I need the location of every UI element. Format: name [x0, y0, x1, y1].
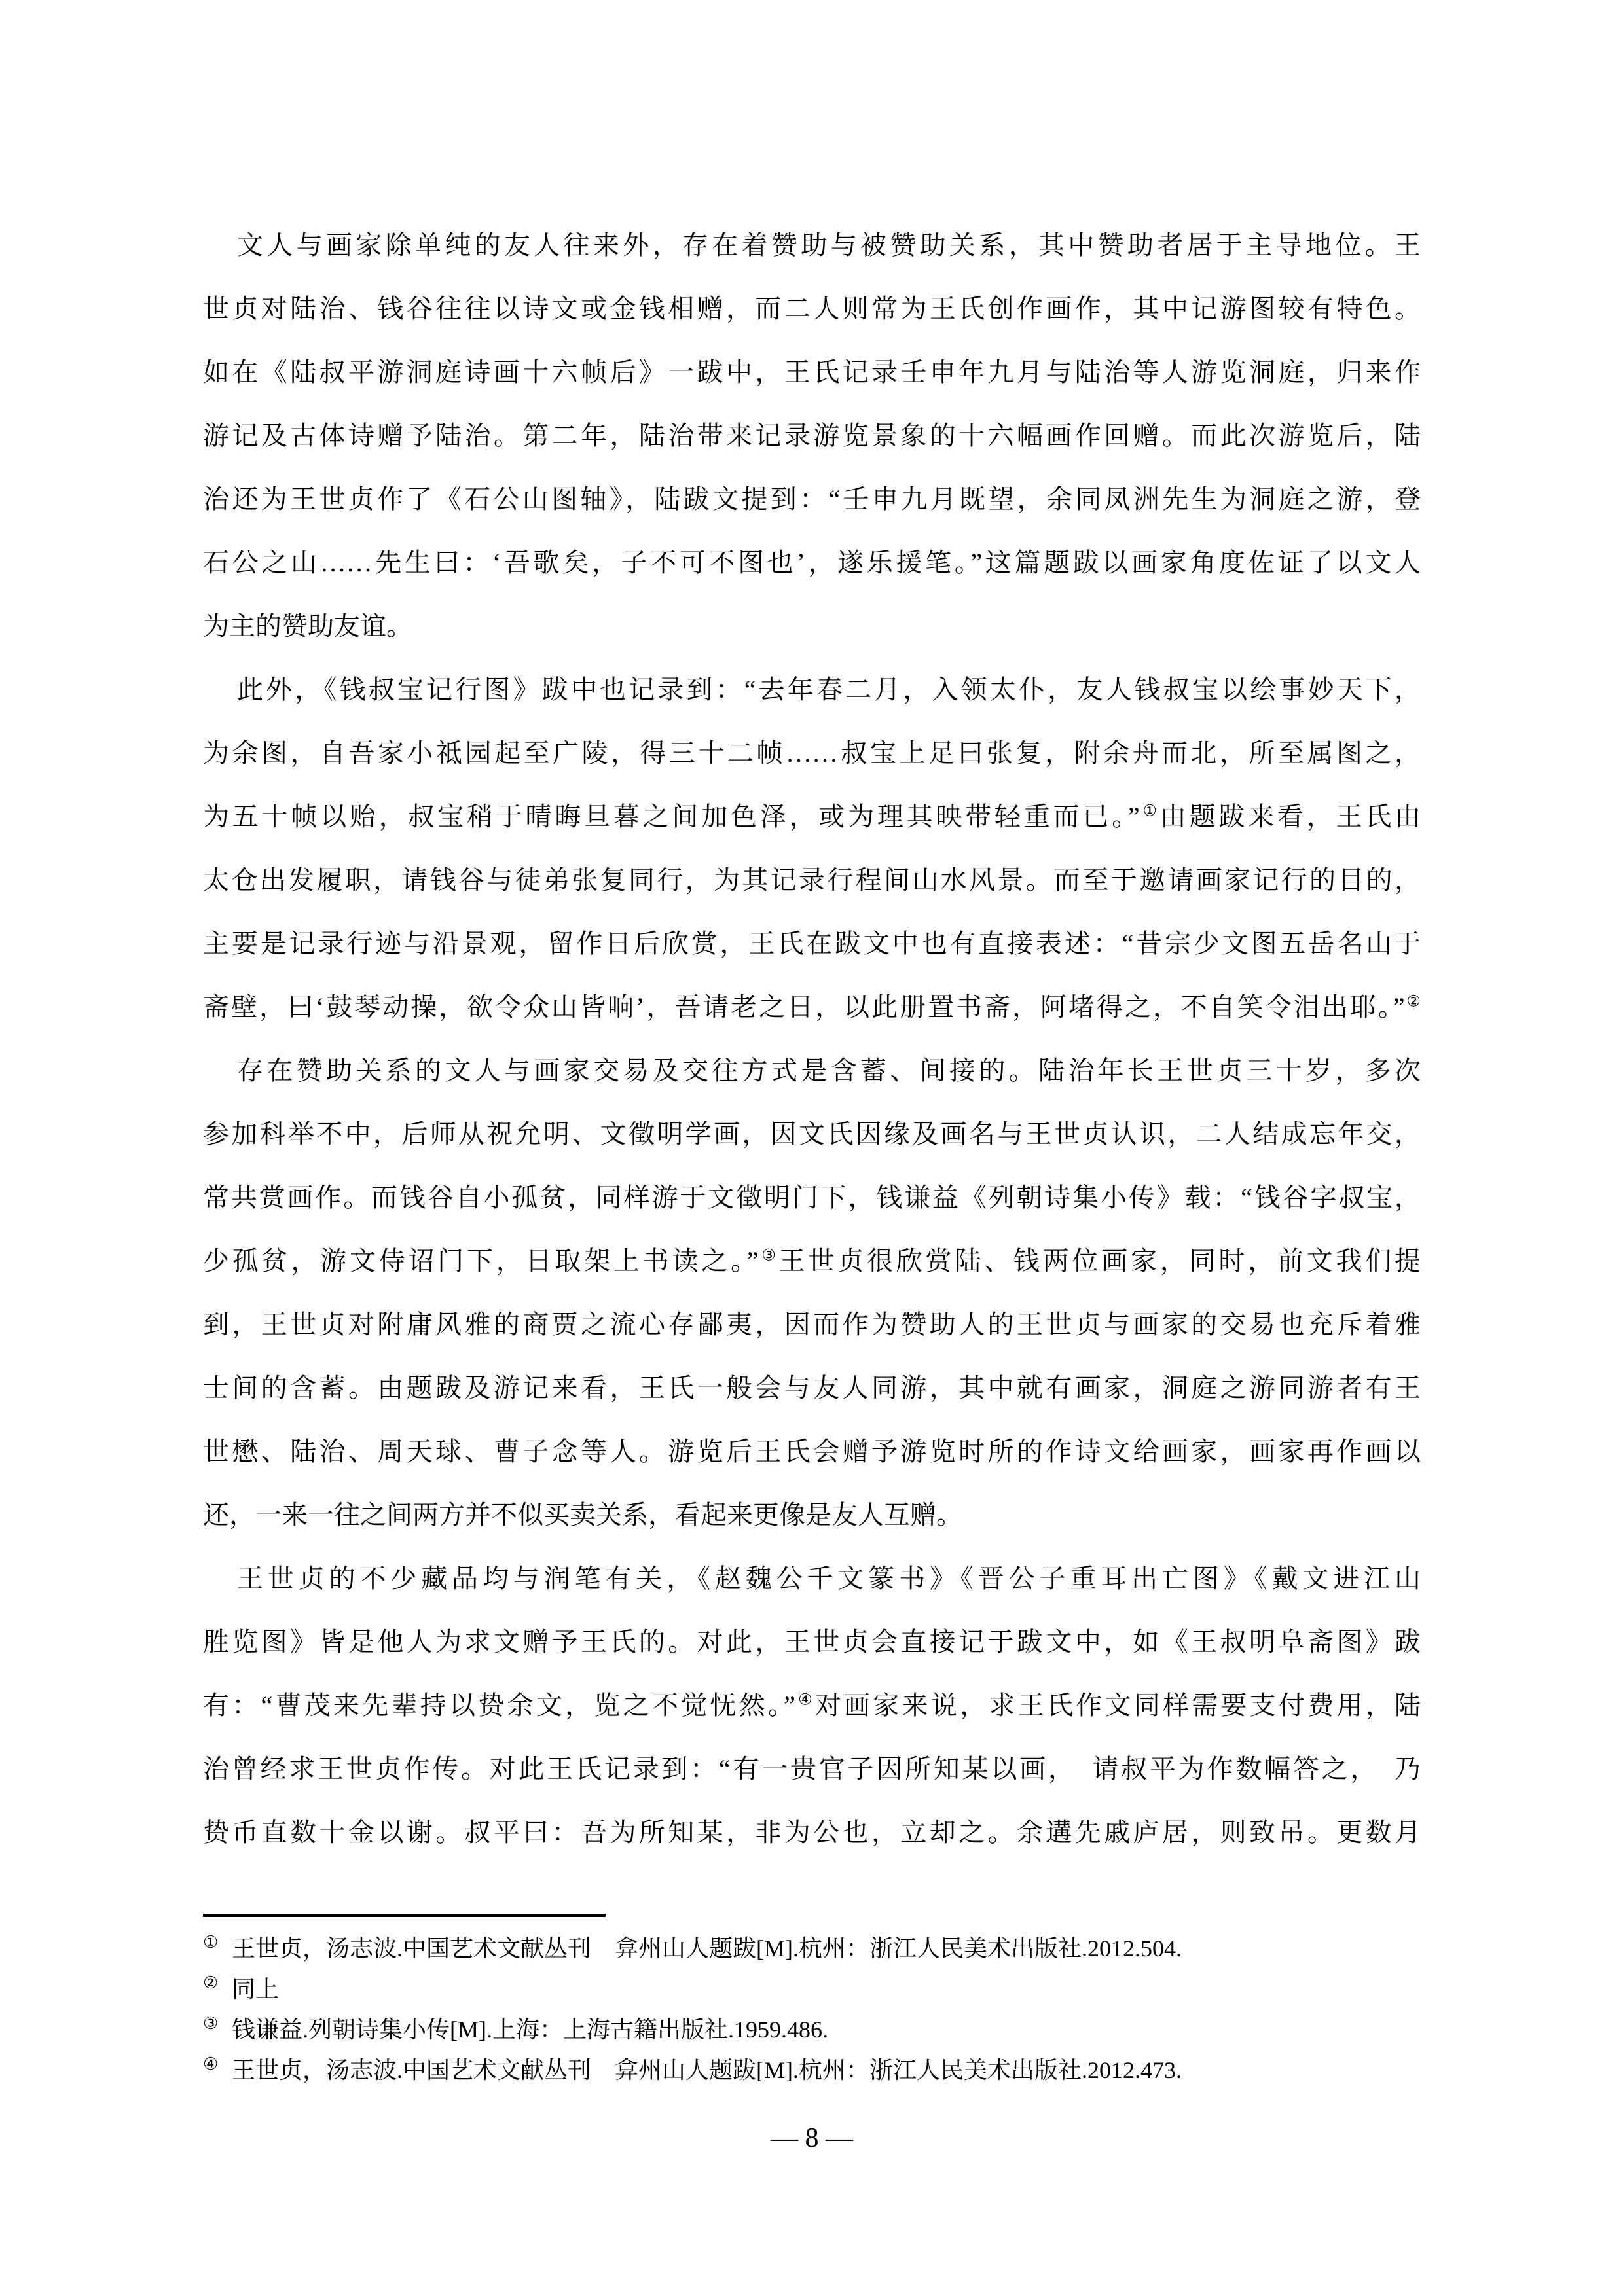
body-text-line: 此外，《钱叔宝记行图》跋中也记录到：“去年春二月，入领太仆，友人钱叔宝以绘事妙天… — [203, 658, 1421, 721]
body-text-line: 治还为王世贞作了《石公山图轴》，陆跋文提到：“壬申九月既望，余同凤洲先生为洞庭之… — [203, 467, 1421, 531]
body-text-line: 太仓出发履职，请钱谷与徒弟张复同行，为其记录行程间山水风景。而至于邀请画家记行的… — [203, 848, 1421, 912]
footnote-text: 王世贞，汤志波.中国艺术文献丛刊 弇州山人题跋[M].杭州：浙江人民美术出版社.… — [232, 1935, 1182, 1962]
body-text-line: 贽币直数十金以谢。叔平曰：吾为所知某，非为公也，立却之。余遘先戚庐居，则致吊。更… — [203, 1801, 1421, 1864]
footnote-text: 王世贞，汤志波.中国艺术文献丛刊 弇州山人题跋[M].杭州：浙江人民美术出版社.… — [232, 2057, 1182, 2083]
body-text-line: 斋壁，曰‘鼓琴动操，欲令众山皆响’，吾请老之日，以此册置书斋，阿堵得之，不自笑令… — [203, 975, 1421, 1039]
body-text-line: 士间的含蓄。由题跋及游记来看，王氏一般会与友人同游，其中就有画家，洞庭之游同游者… — [203, 1356, 1421, 1420]
body-text: 文人与画家除单纯的友人往来外，存在着赞助与被赞助关系，其中赞助者居于主导地位。王… — [203, 213, 1421, 1864]
footnote-marker: ③ — [203, 2014, 232, 2034]
body-text-line: 治曾经求王世贞作传。对此王氏记录到：“有一贵官子因所知某以画， 请叔平为作数幅答… — [203, 1737, 1421, 1801]
body-text-line: 为余图，自吾家小祗园起至广陵，得三十二帧……叔宝上足曰张复，附余舟而北，所至属图… — [203, 721, 1421, 785]
paragraph-1: 文人与画家除单纯的友人往来外，存在着赞助与被赞助关系，其中赞助者居于主导地位。王… — [203, 213, 1421, 658]
footnote-item: ③钱谦益.列朝诗集小传[M].上海：上海古籍出版社.1959.486. — [203, 2009, 1421, 2050]
footnote-separator — [203, 1914, 606, 1917]
body-text-line: 世贞对陆治、钱谷往往以诗文或金钱相赠，而二人则常为王氏创作画作，其中记游图较有特… — [203, 277, 1421, 340]
body-text-line: 主要是记录行迹与沿景观，留作日后欣赏，王氏在跋文中也有直接表述：“昔宗少文图五岳… — [203, 912, 1421, 975]
footnote-marker: ② — [203, 1973, 232, 1993]
body-text-line: 少孤贫，游文侍诏门下，日取架上书读之。”③王世贞很欣赏陆、钱两位画家，同时，前文… — [203, 1229, 1421, 1293]
body-text-line: 存在赞助关系的文人与画家交易及交往方式是含蓄、间接的。陆治年长王世贞三十岁，多次 — [203, 1039, 1421, 1102]
footnote-item: ①王世贞，汤志波.中国艺术文献丛刊 弇州山人题跋[M].杭州：浙江人民美术出版社… — [203, 1928, 1421, 1969]
body-text-line: 参加科举不中，后师从祝允明、文徵明学画，因文氏因缘及画名与王世贞认识，二人结成忘… — [203, 1102, 1421, 1166]
body-text-line: 为五十帧以贻，叔宝稍于晴晦旦暮之间加色泽，或为理其映带轻重而已。”①由题跋来看，… — [203, 785, 1421, 848]
body-text-line: 文人与画家除单纯的友人往来外，存在着赞助与被赞助关系，其中赞助者居于主导地位。王 — [203, 213, 1421, 277]
body-text-line: 胜览图》皆是他人为求文赠予王氏的。对此，王世贞会直接记于跋文中，如《王叔明阜斋图… — [203, 1610, 1421, 1674]
body-text-line: 如在《陆叔平游洞庭诗画十六帧后》一跋中，王氏记录壬申年九月与陆治等人游览洞庭，归… — [203, 340, 1421, 404]
footnote-item: ④王世贞，汤志波.中国艺术文献丛刊 弇州山人题跋[M].杭州：浙江人民美术出版社… — [203, 2050, 1421, 2090]
body-text-line: 游记及古体诗赠予陆治。第二年，陆治带来记录游览景象的十六幅画作回赠。而此次游览后… — [203, 404, 1421, 467]
body-text-line: 石公之山……先生曰：‘吾歌矣，子不可不图也’，遂乐援笔。”这篇题跋以画家角度佐证… — [203, 531, 1421, 594]
body-text-line: 为主的赞助友谊。 — [203, 594, 1421, 658]
footnote-item: ②同上 — [203, 1969, 1421, 2009]
body-text-line: 世懋、陆治、周天球、曹子念等人。游览后王氏会赠予游览时所的作诗文给画家，画家再作… — [203, 1420, 1421, 1483]
body-text-line: 到，王世贞对附庸风雅的商贾之流心存鄙夷，因而作为赞助人的王世贞与画家的交易也充斥… — [203, 1293, 1421, 1356]
body-text-line: 还，一来一往之间两方并不似买卖关系，看起来更像是友人互赠。 — [203, 1483, 1421, 1547]
footnotes: ①王世贞，汤志波.中国艺术文献丛刊 弇州山人题跋[M].杭州：浙江人民美术出版社… — [203, 1928, 1421, 2090]
footnote-text: 钱谦益.列朝诗集小传[M].上海：上海古籍出版社.1959.486. — [232, 2017, 828, 2043]
footnote-text: 同上 — [232, 1976, 279, 2002]
paragraph-3: 存在赞助关系的文人与画家交易及交往方式是含蓄、间接的。陆治年长王世贞三十岁，多次… — [203, 1039, 1421, 1547]
document-page: 文人与画家除单纯的友人往来外，存在着赞助与被赞助关系，其中赞助者居于主导地位。王… — [0, 0, 1623, 2296]
paragraph-4: 王世贞的不少藏品均与润笔有关，《赵魏公千文篆书》《晋公子重耳出亡图》《戴文进江山… — [203, 1547, 1421, 1864]
body-text-line: 常共赏画作。而钱谷自小孤贫，同样游于文徵明门下，钱谦益《列朝诗集小传》载：“钱谷… — [203, 1166, 1421, 1229]
footnote-marker: ④ — [203, 2054, 232, 2074]
page-number: — 8 — — [203, 2118, 1421, 2159]
paragraph-2: 此外，《钱叔宝记行图》跋中也记录到：“去年春二月，入领太仆，友人钱叔宝以绘事妙天… — [203, 658, 1421, 1039]
body-text-line: 王世贞的不少藏品均与润笔有关，《赵魏公千文篆书》《晋公子重耳出亡图》《戴文进江山 — [203, 1547, 1421, 1610]
body-text-line: 有：“曹茂来先辈持以贽余文，览之不觉怃然。”④对画家来说，求王氏作文同样需要支付… — [203, 1674, 1421, 1737]
footnote-marker: ① — [203, 1933, 232, 1952]
